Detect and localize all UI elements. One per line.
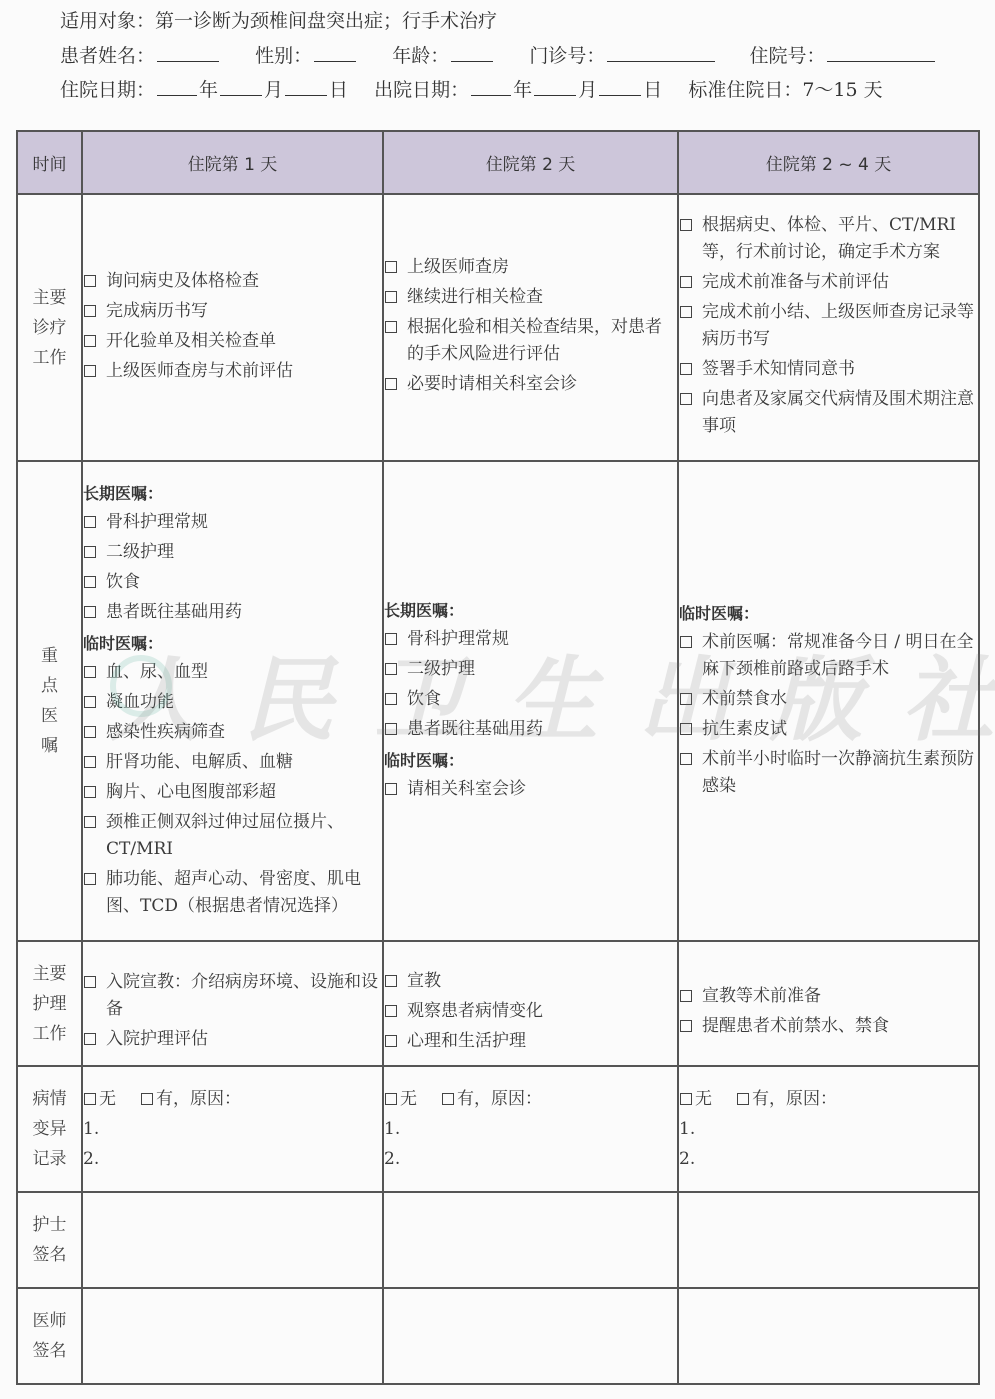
checkbox[interactable] <box>680 723 692 735</box>
item-text: 肺功能、超声心动、骨密度、肌电图、TCD（根据患者情况选择） <box>106 866 382 920</box>
row-label-nursing: 主要护理工作 <box>17 941 82 1066</box>
checkbox[interactable] <box>680 693 692 705</box>
day-label: 日 <box>329 77 348 103</box>
gender-field[interactable] <box>314 41 356 62</box>
table-header-row: 时间 住院第 1 天 住院第 2 天 住院第 2 ~ 4 天 <box>17 131 979 194</box>
checklist-item: 饮食 <box>384 686 677 713</box>
checklist-item: 心理和生活护理 <box>384 1028 677 1055</box>
variation-line-2[interactable]: 2. <box>83 1144 382 1174</box>
item-text: 向患者及家属交代病情及围术期注意事项 <box>702 386 978 440</box>
checkbox-yes[interactable] <box>737 1093 749 1105</box>
checklist-item: 肝肾功能、电解质、血糖 <box>83 749 382 776</box>
cell-main-work-day2-4: 根据病史、体检、平片、CT/MRI等，行术前讨论，确定手术方案 完成术前准备与术… <box>678 194 979 461</box>
checkbox[interactable] <box>84 516 96 528</box>
scope-text: 适用对象：第一诊断为颈椎间盘突出症；行手术治疗 <box>60 8 497 34</box>
checkbox[interactable] <box>385 723 397 735</box>
item-text: 签署手术知情同意书 <box>702 356 978 383</box>
checkbox[interactable] <box>84 1033 96 1045</box>
discharge-day-field[interactable] <box>599 75 641 96</box>
column-header-day2: 住院第 2 天 <box>383 131 678 194</box>
checkbox[interactable] <box>84 576 96 588</box>
row-label-doctor-sign: 医师签名 <box>17 1288 82 1384</box>
discharge-month-field[interactable] <box>534 75 576 96</box>
cell-variation-day2-4: 无有，原因： 1. 2. <box>678 1066 979 1192</box>
item-text: 宣教等术前准备 <box>702 983 978 1010</box>
item-text: 根据病史、体检、平片、CT/MRI等，行术前讨论，确定手术方案 <box>702 212 978 266</box>
inpatient-no-field[interactable] <box>827 41 935 62</box>
column-header-day2-4: 住院第 2 ~ 4 天 <box>678 131 979 194</box>
item-text: 术前半小时临时一次静滴抗生素预防感染 <box>702 746 978 800</box>
checklist-item: 患者既往基础用药 <box>384 716 677 743</box>
year-label: 年 <box>199 77 218 103</box>
checklist-item: 饮食 <box>83 569 382 596</box>
item-text: 患者既往基础用药 <box>106 599 382 626</box>
checkbox[interactable] <box>385 291 397 303</box>
checkbox[interactable] <box>680 306 692 318</box>
item-text: 骨科护理常规 <box>407 626 677 653</box>
checklist-item: 根据化验和相关检查结果，对患者的手术风险进行评估 <box>384 314 677 368</box>
patient-name-field[interactable] <box>157 41 219 62</box>
checkbox[interactable] <box>385 321 397 333</box>
item-text: 患者既往基础用药 <box>407 716 677 743</box>
month-label: 月 <box>264 77 283 103</box>
checklist-item: 骨科护理常规 <box>384 626 677 653</box>
checkbox[interactable] <box>680 393 692 405</box>
checkbox[interactable] <box>84 275 96 287</box>
checkbox[interactable] <box>385 261 397 273</box>
row-label-text: 主要护理工作 <box>32 959 68 1049</box>
item-text: 饮食 <box>106 569 382 596</box>
checklist-item: 请相关科室会诊 <box>384 776 677 803</box>
variation-line-1[interactable]: 1. <box>679 1114 978 1144</box>
checkbox[interactable] <box>680 990 692 1002</box>
table-row-orders: 重点医嘱 长期医嘱： 骨科护理常规 二级护理 饮食 患者既往基础用药 临时医嘱：… <box>17 461 979 941</box>
cell-orders-day2-4: 临时医嘱： 术前医嘱：常规准备今日 / 明日在全麻下颈椎前路或后路手术 术前禁食… <box>678 461 979 941</box>
item-text: 血、尿、血型 <box>106 659 382 686</box>
item-text: 凝血功能 <box>106 689 382 716</box>
admission-date-label: 住院日期： <box>60 77 155 103</box>
cell-nursing-day2-4: 宣教等术前准备 提醒患者术前禁水、禁食 <box>678 941 979 1066</box>
checklist-item: 二级护理 <box>83 539 382 566</box>
item-text: 肝肾功能、电解质、血糖 <box>106 749 382 776</box>
variation-options: 无有，原因： <box>679 1084 978 1114</box>
cell-orders-day1: 长期医嘱： 骨科护理常规 二级护理 饮食 患者既往基础用药 临时医嘱： 血、尿、… <box>82 461 383 941</box>
checklist-item: 肺功能、超声心动、骨密度、肌电图、TCD（根据患者情况选择） <box>83 866 382 920</box>
checkbox[interactable] <box>84 335 96 347</box>
checklist-item: 抗生素皮试 <box>679 716 978 743</box>
clinical-pathway-table: 时间 住院第 1 天 住院第 2 天 住院第 2 ~ 4 天 主要诊疗工作 询问… <box>16 130 980 1385</box>
row-label-variation: 病情变异记录 <box>17 1066 82 1192</box>
checkbox[interactable] <box>680 219 692 231</box>
item-text: 颈椎正侧双斜过伸过屈位摄片、CT/MRI <box>106 809 382 863</box>
checkbox[interactable] <box>84 696 96 708</box>
item-text: 感染性疾病筛查 <box>106 719 382 746</box>
checkbox[interactable] <box>385 378 397 390</box>
nurse-sign-day2[interactable] <box>383 1192 678 1288</box>
row-label-nurse-sign: 护士签名 <box>17 1192 82 1288</box>
row-label-text: 护士签名 <box>32 1210 68 1270</box>
checklist-item: 术前禁食水 <box>679 686 978 713</box>
row-label-text: 重点医嘱 <box>40 641 60 761</box>
item-text: 入院护理评估 <box>106 1026 382 1053</box>
year-label: 年 <box>513 77 532 103</box>
day-label: 日 <box>643 77 662 103</box>
item-text: 观察患者病情变化 <box>407 998 677 1025</box>
item-text: 请相关科室会诊 <box>407 776 677 803</box>
admission-month-field[interactable] <box>220 75 262 96</box>
checkbox[interactable] <box>680 1020 692 1032</box>
checklist-item: 二级护理 <box>384 656 677 683</box>
variation-line-2[interactable]: 2. <box>679 1144 978 1174</box>
checklist-item: 开化验单及相关检查单 <box>83 328 382 355</box>
checkbox[interactable] <box>84 365 96 377</box>
item-text: 根据化验和相关检查结果，对患者的手术风险进行评估 <box>407 314 677 368</box>
cell-main-work-day2: 上级医师查房 继续进行相关检查 根据化验和相关检查结果，对患者的手术风险进行评估… <box>383 194 678 461</box>
item-text: 上级医师查房与术前评估 <box>106 358 382 385</box>
cell-nursing-day2: 宣教 观察患者病情变化 心理和生活护理 <box>383 941 678 1066</box>
scope-line: 适用对象：第一诊断为颈椎间盘突出症；行手术治疗 <box>60 8 497 34</box>
item-text: 提醒患者术前禁水、禁食 <box>702 1013 978 1040</box>
none-label: 无 <box>99 1084 116 1114</box>
month-label: 月 <box>578 77 597 103</box>
checkbox-yes[interactable] <box>442 1093 454 1105</box>
item-text: 上级医师查房 <box>407 254 677 281</box>
checkbox[interactable] <box>84 666 96 678</box>
checkbox[interactable] <box>385 1005 397 1017</box>
long-term-orders-heading: 长期医嘱： <box>83 479 382 509</box>
row-label-orders: 重点医嘱 <box>17 461 82 941</box>
patient-info-line: 患者姓名： 性别： 年龄： 门诊号： 住院号： <box>60 41 937 69</box>
checkbox[interactable] <box>385 663 397 675</box>
checkbox[interactable] <box>84 786 96 798</box>
cell-orders-day2: 长期医嘱： 骨科护理常规 二级护理 饮食 患者既往基础用药 临时医嘱： 请相关科… <box>383 461 678 941</box>
variation-line-2[interactable]: 2. <box>384 1144 677 1174</box>
cell-variation-day2: 无有，原因： 1. 2. <box>383 1066 678 1192</box>
checklist-item: 患者既往基础用药 <box>83 599 382 626</box>
yes-reason-label: 有，原因： <box>457 1084 542 1114</box>
checkbox-none[interactable] <box>84 1093 96 1105</box>
age-field[interactable] <box>451 41 493 62</box>
corner-header: 时间 <box>17 131 82 194</box>
checkbox[interactable] <box>84 606 96 618</box>
checkbox[interactable] <box>84 816 96 828</box>
checkbox[interactable] <box>680 363 692 375</box>
temporary-orders-heading: 临时医嘱： <box>679 599 978 629</box>
row-label-text: 主要诊疗工作 <box>32 283 68 373</box>
checklist-item: 继续进行相关检查 <box>384 284 677 311</box>
long-term-orders-heading: 长期医嘱： <box>384 596 677 626</box>
row-label-main-work: 主要诊疗工作 <box>17 194 82 461</box>
cell-nursing-day1: 入院宣教：介绍病房环境、设施和设备 入院护理评估 <box>82 941 383 1066</box>
nurse-sign-day2-4[interactable] <box>678 1192 979 1288</box>
checkbox[interactable] <box>680 276 692 288</box>
item-text: 术前禁食水 <box>702 686 978 713</box>
yes-reason-label: 有，原因： <box>156 1084 241 1114</box>
checklist-item: 胸片、心电图腹部彩超 <box>83 779 382 806</box>
cell-main-work-day1: 询问病史及体格检查 完成病历书写 开化验单及相关检查单 上级医师查房与术前评估 <box>82 194 383 461</box>
age-label: 年龄： <box>392 43 449 69</box>
item-text: 二级护理 <box>407 656 677 683</box>
checkbox-yes[interactable] <box>141 1093 153 1105</box>
temporary-orders-heading: 临时医嘱： <box>83 629 382 659</box>
item-text: 术前医嘱：常规准备今日 / 明日在全麻下颈椎前路或后路手术 <box>702 629 978 683</box>
item-text: 开化验单及相关检查单 <box>106 328 382 355</box>
checkbox[interactable] <box>385 1035 397 1047</box>
checkbox[interactable] <box>84 873 96 885</box>
item-text: 询问病史及体格检查 <box>106 268 382 295</box>
admission-day-field[interactable] <box>285 75 327 96</box>
item-text: 完成病历书写 <box>106 298 382 325</box>
outpatient-no-field[interactable] <box>607 41 715 62</box>
checkbox[interactable] <box>385 783 397 795</box>
variation-line-1[interactable]: 1. <box>384 1114 677 1144</box>
standard-stay: 标准住院日：7～15 天 <box>688 77 882 103</box>
checkbox[interactable] <box>84 305 96 317</box>
checkbox[interactable] <box>84 976 96 988</box>
gender-label: 性别： <box>255 43 312 69</box>
checkbox-none[interactable] <box>680 1093 692 1105</box>
checkbox[interactable] <box>84 726 96 738</box>
patient-name-label: 患者姓名： <box>60 43 155 69</box>
inpatient-no-label: 住院号： <box>749 43 825 69</box>
checklist-item: 术前医嘱：常规准备今日 / 明日在全麻下颈椎前路或后路手术 <box>679 629 978 683</box>
checkbox[interactable] <box>680 753 692 765</box>
checklist-item: 上级医师查房 <box>384 254 677 281</box>
item-text: 骨科护理常规 <box>106 509 382 536</box>
item-text: 完成术前小结、上级医师查房记录等病历书写 <box>702 299 978 353</box>
checklist-item: 入院护理评估 <box>83 1026 382 1053</box>
checklist-item: 向患者及家属交代病情及围术期注意事项 <box>679 386 978 440</box>
checkbox[interactable] <box>680 636 692 648</box>
checklist-item: 颈椎正侧双斜过伸过屈位摄片、CT/MRI <box>83 809 382 863</box>
column-header-day1: 住院第 1 天 <box>82 131 383 194</box>
checkbox-none[interactable] <box>385 1093 397 1105</box>
checklist-item: 血、尿、血型 <box>83 659 382 686</box>
table-row-main-work: 主要诊疗工作 询问病史及体格检查 完成病历书写 开化验单及相关检查单 上级医师查… <box>17 194 979 461</box>
item-text: 继续进行相关检查 <box>407 284 677 311</box>
checklist-item: 完成病历书写 <box>83 298 382 325</box>
doctor-sign-day1[interactable] <box>82 1288 383 1384</box>
checklist-item: 入院宣教：介绍病房环境、设施和设备 <box>83 969 382 1023</box>
checklist-item: 上级医师查房与术前评估 <box>83 358 382 385</box>
checklist-item: 签署手术知情同意书 <box>679 356 978 383</box>
checkbox[interactable] <box>385 633 397 645</box>
checklist-item: 根据病史、体检、平片、CT/MRI等，行术前讨论，确定手术方案 <box>679 212 978 266</box>
item-text: 宣教 <box>407 968 677 995</box>
checklist-item: 观察患者病情变化 <box>384 998 677 1025</box>
cell-variation-day1: 无有，原因： 1. 2. <box>82 1066 383 1192</box>
checkbox[interactable] <box>84 756 96 768</box>
row-label-text: 医师签名 <box>32 1306 68 1366</box>
table-row-nursing: 主要护理工作 入院宣教：介绍病房环境、设施和设备 入院护理评估 宣教 观察患者病… <box>17 941 979 1066</box>
item-text: 二级护理 <box>106 539 382 566</box>
row-label-text: 病情变异记录 <box>32 1084 68 1174</box>
none-label: 无 <box>400 1084 417 1114</box>
checklist-item: 感染性疾病筛查 <box>83 719 382 746</box>
checkbox[interactable] <box>84 546 96 558</box>
checklist-item: 必要时请相关科室会诊 <box>384 371 677 398</box>
checklist-item: 凝血功能 <box>83 689 382 716</box>
item-text: 入院宣教：介绍病房环境、设施和设备 <box>106 969 382 1023</box>
yes-reason-label: 有，原因： <box>752 1084 837 1114</box>
checklist-item: 询问病史及体格检查 <box>83 268 382 295</box>
item-text: 必要时请相关科室会诊 <box>407 371 677 398</box>
date-line: 住院日期：年月日 出院日期：年月日 标准住院日：7～15 天 <box>60 75 883 103</box>
variation-options: 无有，原因： <box>83 1084 382 1114</box>
checkbox[interactable] <box>385 975 397 987</box>
none-label: 无 <box>695 1084 712 1114</box>
checklist-item: 提醒患者术前禁水、禁食 <box>679 1013 978 1040</box>
nurse-sign-day1[interactable] <box>82 1192 383 1288</box>
discharge-year-field[interactable] <box>471 75 511 96</box>
outpatient-no-label: 门诊号： <box>529 43 605 69</box>
variation-line-1[interactable]: 1. <box>83 1114 382 1144</box>
item-text: 饮食 <box>407 686 677 713</box>
table-row-variation: 病情变异记录 无有，原因： 1. 2. 无有，原因： 1. 2. 无有，原因： … <box>17 1066 979 1192</box>
checkbox[interactable] <box>385 693 397 705</box>
checklist-item: 骨科护理常规 <box>83 509 382 536</box>
item-text: 抗生素皮试 <box>702 716 978 743</box>
doctor-sign-day2-4[interactable] <box>678 1288 979 1384</box>
table-row-nurse-sign: 护士签名 <box>17 1192 979 1288</box>
doctor-sign-day2[interactable] <box>383 1288 678 1384</box>
checklist-item: 宣教等术前准备 <box>679 983 978 1010</box>
discharge-date-label: 出院日期： <box>374 77 469 103</box>
variation-options: 无有，原因： <box>384 1084 677 1114</box>
checklist-item: 完成术前小结、上级医师查房记录等病历书写 <box>679 299 978 353</box>
checklist-item: 完成术前准备与术前评估 <box>679 269 978 296</box>
item-text: 心理和生活护理 <box>407 1028 677 1055</box>
temporary-orders-heading: 临时医嘱： <box>384 746 677 776</box>
table-row-doctor-sign: 医师签名 <box>17 1288 979 1384</box>
item-text: 完成术前准备与术前评估 <box>702 269 978 296</box>
checklist-item: 术前半小时临时一次静滴抗生素预防感染 <box>679 746 978 800</box>
item-text: 胸片、心电图腹部彩超 <box>106 779 382 806</box>
admission-year-field[interactable] <box>157 75 197 96</box>
checklist-item: 宣教 <box>384 968 677 995</box>
